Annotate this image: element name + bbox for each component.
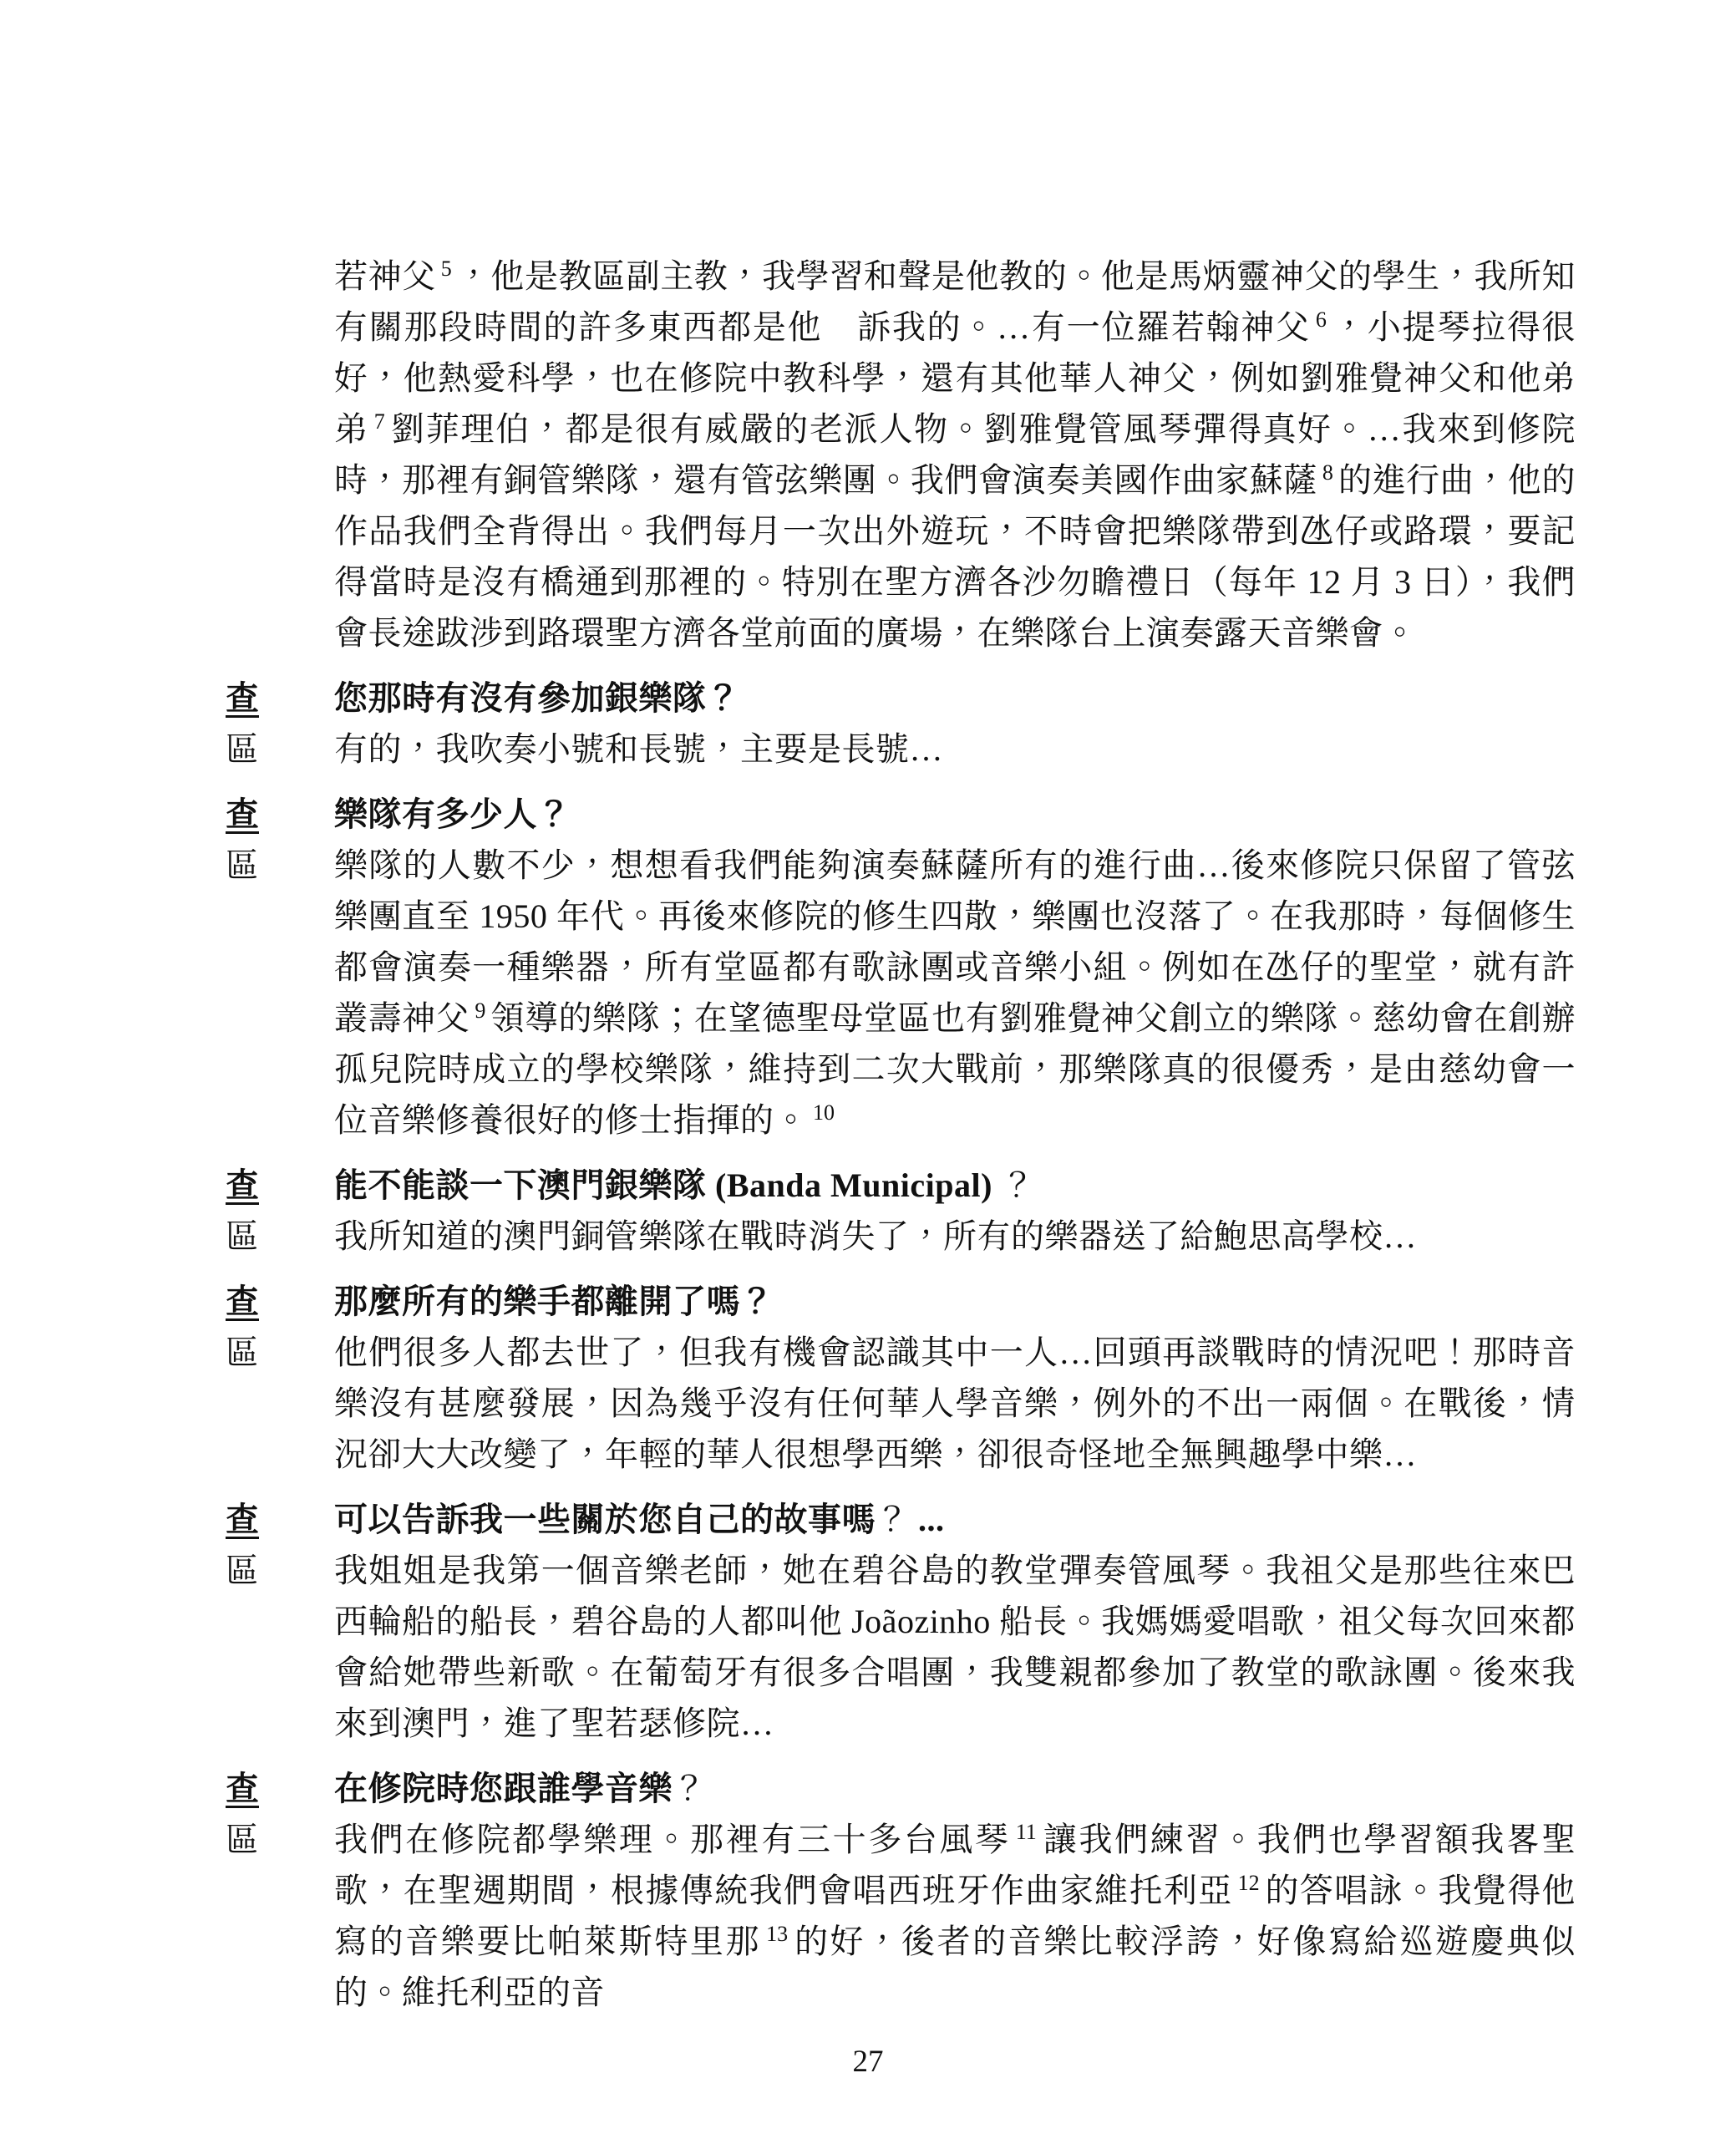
- question-row: 查 您那時有沒有參加銀樂隊？: [226, 673, 1576, 724]
- qa-section: 查 能不能談一下澳門銀樂隊 (Banda Municipal) ？ 區 我所知道…: [226, 1160, 1576, 1262]
- footnote-ref: 12: [1238, 1871, 1260, 1895]
- question-row: 查 能不能談一下澳門銀樂隊 (Banda Municipal) ？: [226, 1160, 1576, 1211]
- footnote-ref: 10: [813, 1100, 835, 1125]
- text-segment: 有的，我吹奏小號和長號，主要是長號…: [334, 730, 943, 768]
- intro-paragraph: 若神父5，他是教區副主教，我學習和聲是他教的。他是馬炳靈神父的學生，我所知有關那…: [334, 251, 1576, 658]
- answer-text: 他們很多人都去世了，但我有機會認識其中一人…回頭再談戰時的情況吧！那時音樂沒有甚…: [334, 1327, 1576, 1480]
- question-text: 樂隊有多少人？: [334, 789, 1576, 840]
- footnote-ref: 11: [1016, 1820, 1037, 1844]
- interviewee-label: 區: [226, 1211, 334, 1262]
- footnote-ref: 7: [374, 409, 385, 434]
- answer-row: 區 我姐姐是我第一個音樂老師，她在碧谷島的教堂彈奏管風琴。我祖父是那些往來巴西輪…: [226, 1545, 1576, 1749]
- text-segment: 可以告訴我一些關於您自己的故事嗎: [334, 1501, 876, 1538]
- text-segment: 我們在修院都學樂理。那裡有三十多台風琴: [334, 1821, 1011, 1858]
- answer-row: 區 他們很多人都去世了，但我有機會認識其中一人…回頭再談戰時的情況吧！那時音樂沒…: [226, 1327, 1576, 1480]
- text-segment: ...: [910, 1501, 945, 1538]
- qa-section: 查 在修院時您跟誰學音樂？ 區 我們在修院都學樂理。那裡有三十多台風琴11讓我們…: [226, 1763, 1576, 2018]
- answer-text: 我們在修院都學樂理。那裡有三十多台風琴11讓我們練習。我們也學習額我畧聖歌，在聖…: [334, 1814, 1576, 2018]
- footnote-ref: 6: [1316, 307, 1327, 332]
- question-text: 那麼所有的樂手都離開了嗎？: [334, 1276, 1576, 1327]
- question-row: 查 可以告訴我一些關於您自己的故事嗎？ ...: [226, 1494, 1576, 1545]
- interviewee-label: 區: [226, 1327, 334, 1378]
- document-page: 若神父5，他是教區副主教，我學習和聲是他教的。他是馬炳靈神父的學生，我所知有關那…: [0, 0, 1736, 2139]
- text-segment: ？: [673, 1770, 707, 1807]
- footnote-ref: 9: [475, 998, 485, 1023]
- question-text: 您那時有沒有參加銀樂隊？: [334, 673, 1576, 724]
- text-segment: 樂隊有多少人？: [334, 795, 571, 833]
- interviewee-label: 區: [226, 1814, 334, 1865]
- text-segment: 我所知道的澳門銅管樂隊在戰時消失了，所有的樂器送了給鮑思高學校…: [334, 1217, 1417, 1255]
- page-footer: 27: [0, 2042, 1736, 2082]
- question-row: 查 樂隊有多少人？: [226, 789, 1576, 840]
- question-row: 查 那麼所有的樂手都離開了嗎？: [226, 1276, 1576, 1327]
- question-text: 在修院時您跟誰學音樂？: [334, 1763, 1576, 1814]
- interviewer-label: 查: [226, 1160, 334, 1211]
- footnote-ref: 13: [766, 1922, 788, 1946]
- footnote-ref: 5: [441, 257, 452, 281]
- text-segment: 我姐姐是我第一個音樂老師，她在碧谷島的教堂彈奏管風琴。我祖父是那些往來巴西輪船的…: [334, 1552, 1576, 1742]
- interviewee-label: 區: [226, 724, 334, 775]
- text-segment: 能不能談一下澳門銀樂隊 (Banda Municipal): [334, 1166, 992, 1204]
- answer-text: 樂隊的人數不少，想想看我們能夠演奏蘇薩所有的進行曲…後來修院只保留了管弦樂團直至…: [334, 840, 1576, 1146]
- interviewer-label: 查: [226, 789, 334, 840]
- interviewer-label: 查: [226, 1276, 334, 1327]
- qa-section: 查 樂隊有多少人？ 區 樂隊的人數不少，想想看我們能夠演奏蘇薩所有的進行曲…後來…: [226, 789, 1576, 1146]
- qa-list: 查 您那時有沒有參加銀樂隊？ 區 有的，我吹奏小號和長號，主要是長號… 查 樂隊…: [226, 673, 1576, 2018]
- interviewer-label: 查: [226, 673, 334, 724]
- answer-text: 我姐姐是我第一個音樂老師，她在碧谷島的教堂彈奏管風琴。我祖父是那些往來巴西輪船的…: [334, 1545, 1576, 1749]
- question-row: 查 在修院時您跟誰學音樂？: [226, 1763, 1576, 1814]
- text-segment: 那麼所有的樂手都離開了嗎？: [334, 1283, 774, 1320]
- interviewer-label: 查: [226, 1494, 334, 1545]
- interviewer-label: 查: [226, 1763, 334, 1814]
- interviewee-label: 區: [226, 1545, 334, 1596]
- question-text: 可以告訴我一些關於您自己的故事嗎？ ...: [334, 1494, 1576, 1545]
- text-block: 若神父5，他是教區副主教，我學習和聲是他教的。他是馬炳靈神父的學生，我所知有關那…: [226, 251, 1576, 2018]
- answer-text: 我所知道的澳門銅管樂隊在戰時消失了，所有的樂器送了給鮑思高學校…: [334, 1211, 1576, 1262]
- question-text: 能不能談一下澳門銀樂隊 (Banda Municipal) ？: [334, 1160, 1576, 1211]
- qa-section: 查 那麼所有的樂手都離開了嗎？ 區 他們很多人都去世了，但我有機會認識其中一人……: [226, 1276, 1576, 1480]
- footnote-ref: 8: [1322, 460, 1333, 485]
- text-segment: ？: [876, 1501, 910, 1538]
- text-segment: 您那時有沒有參加銀樂隊？: [334, 679, 740, 717]
- answer-row: 區 樂隊的人數不少，想想看我們能夠演奏蘇薩所有的進行曲…後來修院只保留了管弦樂團…: [226, 840, 1576, 1146]
- answer-text: 有的，我吹奏小號和長號，主要是長號…: [334, 724, 1576, 775]
- qa-section: 查 可以告訴我一些關於您自己的故事嗎？ ... 區 我姐姐是我第一個音樂老師，她…: [226, 1494, 1576, 1749]
- text-segment: ？: [992, 1166, 1035, 1204]
- page-number: 27: [853, 2045, 884, 2079]
- answer-row: 區 我們在修院都學樂理。那裡有三十多台風琴11讓我們練習。我們也學習額我畧聖歌，…: [226, 1814, 1576, 2018]
- text-segment: 領導的樂隊；在望德聖母堂區也有劉雅覺神父創立的樂隊。慈幼會在創辦孤兒院時成立的學…: [334, 999, 1576, 1139]
- text-segment: 他們很多人都去世了，但我有機會認識其中一人…回頭再談戰時的情況吧！那時音樂沒有甚…: [334, 1334, 1576, 1473]
- text-segment: 若神父: [334, 257, 436, 295]
- qa-section: 查 您那時有沒有參加銀樂隊？ 區 有的，我吹奏小號和長號，主要是長號…: [226, 673, 1576, 775]
- interviewee-label: 區: [226, 840, 334, 891]
- answer-row: 區 我所知道的澳門銅管樂隊在戰時消失了，所有的樂器送了給鮑思高學校…: [226, 1211, 1576, 1262]
- text-segment: 在修院時您跟誰學音樂: [334, 1770, 673, 1807]
- answer-row: 區 有的，我吹奏小號和長號，主要是長號…: [226, 724, 1576, 775]
